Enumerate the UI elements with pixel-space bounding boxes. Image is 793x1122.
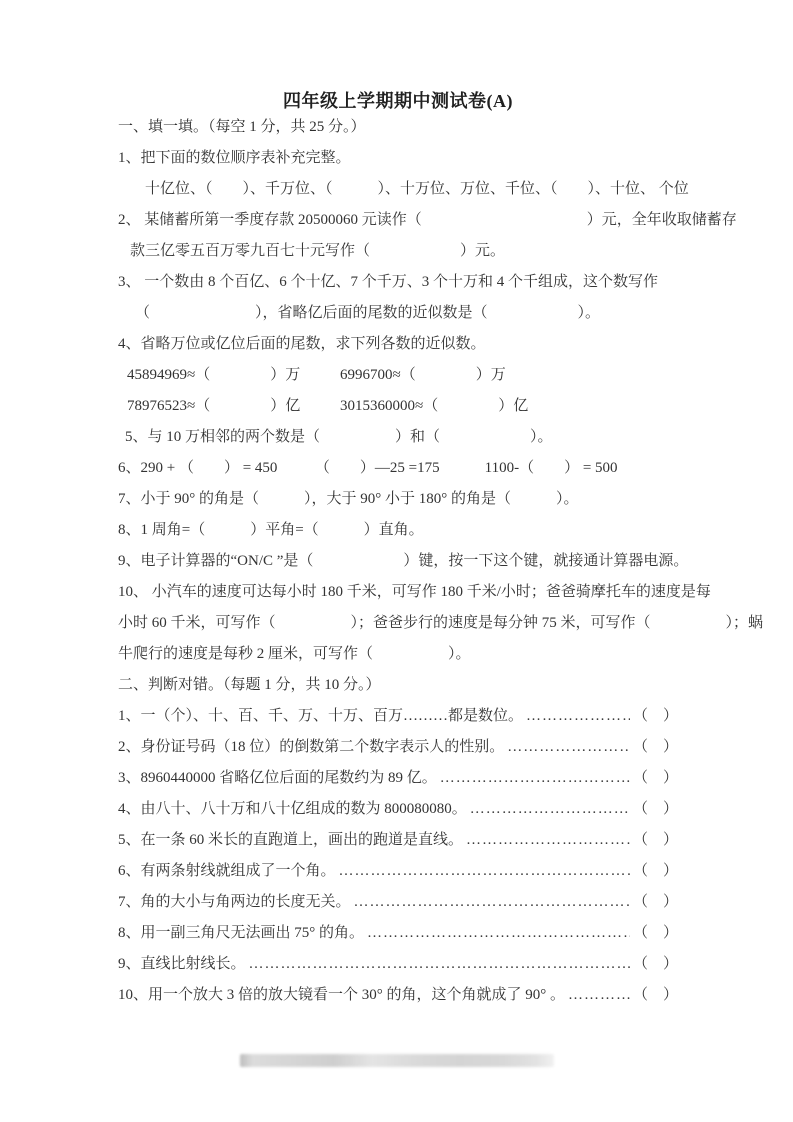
q4-line1: 4、省略万位或亿位后面的尾数，求下列各数的近似数。 bbox=[118, 335, 678, 354]
judge-10-text: 10、用一个放大 3 倍的放大镜看一个 30° 的角，这个角就成了 90° 。 bbox=[118, 986, 565, 1005]
dot-leader: …………………………………………………………………………………………………………… bbox=[507, 738, 630, 757]
judge-1-text: 1、一（个）、十、百、千、万、十万、百万………都是数位。 bbox=[118, 707, 523, 726]
q1-line1: 1、把下面的数位顺序表补充完整。 bbox=[118, 149, 678, 168]
q10-line3: 牛爬行的速度是每秒 2 厘米，可写作（ ）。 bbox=[118, 645, 678, 664]
judge-7-text: 7、角的大小与角两边的长度无关。 bbox=[118, 893, 351, 912]
q10-line2: 小时 60 千米，可写作（ ）；爸爸步行的速度是每分钟 75 米，可写作（ ）；… bbox=[118, 614, 678, 633]
answer-bracket: （ ） bbox=[633, 831, 678, 850]
dot-leader: …………………………………………………………………………………………………………… bbox=[440, 769, 630, 788]
q3-line1: 3、 一个数由 8 个百亿、6 个十亿、7 个千万、3 个十万和 4 个千组成，… bbox=[118, 273, 678, 292]
judge-item-6: 6、有两条射线就组成了一个角。 ………………………………………………………………… bbox=[118, 862, 678, 881]
answer-bracket: （ ） bbox=[633, 769, 678, 788]
q10-line1: 10、 小汽车的速度可达每小时 180 千米，可写作 180 千米/小时；爸爸骑… bbox=[118, 583, 678, 602]
judge-item-3: 3、8960440000 省略亿位后面的尾数约为 89 亿。 ………………………… bbox=[118, 769, 678, 788]
q4-approx-row2: 78976523≈（ ）亿3015360000≈（ ）亿 bbox=[127, 397, 678, 416]
q3-line2: （ ），省略亿后面的尾数的近似数是（ ）。 bbox=[135, 304, 678, 323]
judge-item-4: 4、由八十、八十万和八十亿组成的数为 800080080。 …………………………… bbox=[118, 800, 678, 819]
answer-bracket: （ ） bbox=[633, 707, 678, 726]
answer-bracket: （ ） bbox=[633, 986, 678, 1005]
answer-bracket: （ ） bbox=[633, 800, 678, 819]
watermark-bar bbox=[240, 1054, 554, 1067]
q2-line1: 2、 某储蓄所第一季度存款 20500060 元读作（ ）元，全年收取储蓄存 bbox=[118, 211, 678, 230]
q2-line2: 款三亿零五百万零九百七十元写作（ ）元。 bbox=[130, 242, 678, 261]
q4-row2-left: 78976523≈（ ）亿 bbox=[127, 397, 340, 416]
judge-item-10: 10、用一个放大 3 倍的放大镜看一个 30° 的角，这个角就成了 90° 。 … bbox=[118, 986, 678, 1005]
judge-item-2: 2、身份证号码（18 位）的倒数第二个数字表示人的性别。 ……………………………… bbox=[118, 738, 678, 757]
judge-8-text: 8、用一副三角尺无法画出 75° 的角。 bbox=[118, 924, 364, 943]
judge-item-7: 7、角的大小与角两边的长度无关。 ……………………………………………………………… bbox=[118, 893, 678, 912]
dot-leader: …………………………………………………………………………………………………………… bbox=[466, 831, 630, 850]
section2-heading: 二、判断对错。（每题 1 分，共 10 分。） bbox=[118, 676, 678, 695]
answer-bracket: （ ） bbox=[633, 893, 678, 912]
judge-item-5: 5、在一条 60 米长的直跑道上，画出的跑道是直线。 …………………………………… bbox=[118, 831, 678, 850]
page-title: 四年级上学期期中测试卷(A) bbox=[118, 90, 678, 112]
judge-item-8: 8、用一副三角尺无法画出 75° 的角。 …………………………………………………… bbox=[118, 924, 678, 943]
dot-leader: …………………………………………………………………………………………………………… bbox=[249, 955, 630, 974]
q9-line: 9、电子计算器的“ON/C ”是（ ）键，按一下这个键，就接通计算器电源。 bbox=[118, 552, 678, 571]
q5-line: 5、与 10 万相邻的两个数是（ ）和（ ）。 bbox=[125, 428, 678, 447]
dot-leader: …………………………………………………………………………………………………………… bbox=[339, 862, 630, 881]
judge-3-text: 3、8960440000 省略亿位后面的尾数约为 89 亿。 bbox=[118, 769, 437, 788]
dot-leader: …………………………………………………………………………………………………………… bbox=[470, 800, 630, 819]
answer-bracket: （ ） bbox=[633, 862, 678, 881]
dot-leader: …………………………………………………………………………………………………………… bbox=[367, 924, 630, 943]
judge-9-text: 9、直线比射线长。 bbox=[118, 955, 246, 974]
q4-row1-left: 45894969≈（ ）万 bbox=[127, 366, 340, 385]
answer-bracket: （ ） bbox=[633, 738, 678, 757]
judge-5-text: 5、在一条 60 米长的直跑道上，画出的跑道是直线。 bbox=[118, 831, 463, 850]
section1-heading: 一、填一填。（每空 1 分，共 25 分。） bbox=[118, 118, 678, 137]
paper-content: 四年级上学期期中测试卷(A) 一、填一填。（每空 1 分，共 25 分。） 1、… bbox=[118, 90, 678, 1017]
q4-approx-row1: 45894969≈（ ）万6996700≈（ ）万 bbox=[127, 366, 678, 385]
judge-item-9: 9、直线比射线长。 ………………………………………………………………………………… bbox=[118, 955, 678, 974]
q1-line2-blanks: 十亿位、（ ）、千万位、（ ）、十万位、万位、千位、（ ）、十位、 个位 bbox=[145, 180, 678, 199]
answer-bracket: （ ） bbox=[633, 955, 678, 974]
dot-leader: …………………………………………………………………………………………………………… bbox=[354, 893, 630, 912]
dot-leader: …………………………………………………………………………………………………………… bbox=[568, 986, 630, 1005]
q6-line: 6、290 + （ ） = 450 （ ）—25 =175 1100-（ ） =… bbox=[118, 459, 678, 478]
q8-line: 8、1 周角=（ ）平角=（ ）直角。 bbox=[118, 521, 678, 540]
q4-row1-right: 6996700≈（ ）万 bbox=[340, 367, 506, 383]
judge-4-text: 4、由八十、八十万和八十亿组成的数为 800080080。 bbox=[118, 800, 467, 819]
judge-item-1: 1、一（个）、十、百、千、万、十万、百万………都是数位。 ……………………………… bbox=[118, 707, 678, 726]
judge-2-text: 2、身份证号码（18 位）的倒数第二个数字表示人的性别。 bbox=[118, 738, 504, 757]
q4-row2-right: 3015360000≈（ ）亿 bbox=[340, 398, 528, 414]
judge-6-text: 6、有两条射线就组成了一个角。 bbox=[118, 862, 336, 881]
answer-bracket: （ ） bbox=[633, 924, 678, 943]
test-paper-page: 四年级上学期期中测试卷(A) 一、填一填。（每空 1 分，共 25 分。） 1、… bbox=[0, 0, 793, 1122]
q7-line: 7、小于 90° 的角是（ ），大于 90° 小于 180° 的角是（ ）。 bbox=[118, 490, 678, 509]
dot-leader: …………………………………………………………………………………………………………… bbox=[526, 707, 630, 726]
